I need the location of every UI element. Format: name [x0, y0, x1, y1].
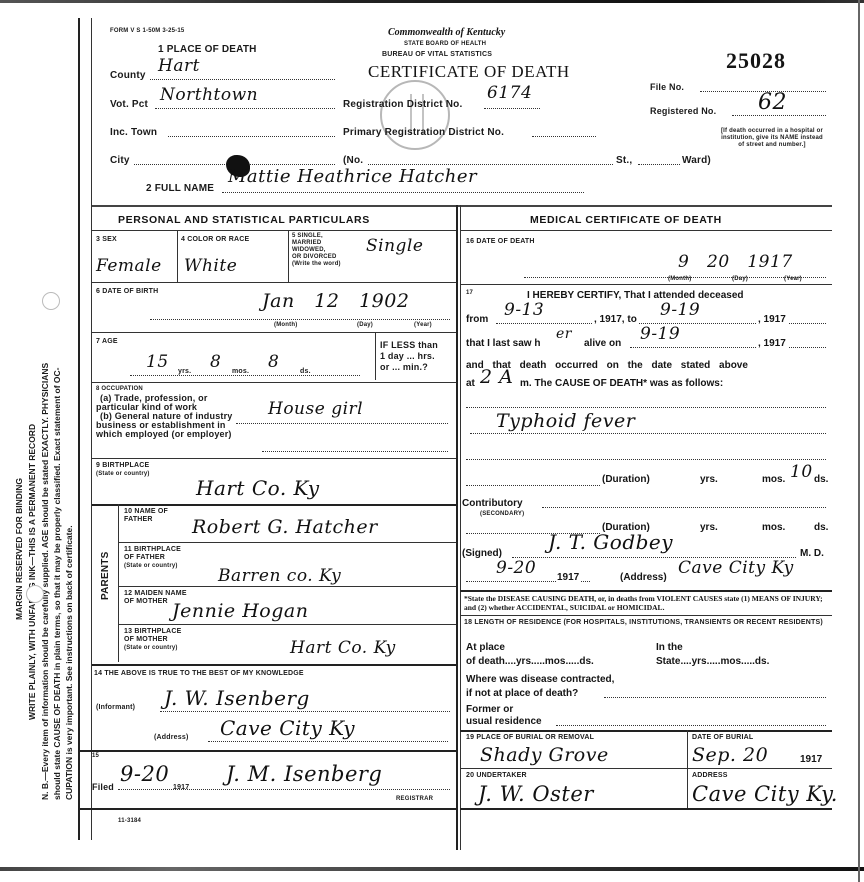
attended-from-year: , 1917, to	[592, 314, 639, 325]
former-residence-label-1: Former or	[466, 704, 513, 715]
death-time-value: 2 A	[480, 366, 513, 388]
informant-address-value: Cave City Ky	[220, 716, 355, 740]
inc-town-label: Inc. Town	[110, 127, 157, 138]
father-birthplace-label: 11 BIRTHPLACE OF FATHER (State or countr…	[124, 546, 181, 570]
certify-number: 17	[466, 290, 473, 296]
registration-district-value: 6174	[487, 83, 532, 103]
of-death-label: of death....yrs.....mos.....ds.	[466, 656, 594, 667]
file-number-stamp: 25028	[726, 48, 786, 74]
date-of-death-label: 16 DATE OF DEATH	[466, 238, 535, 245]
duration2-yrs-label: yrs.	[700, 522, 718, 533]
age-months-value: 8	[210, 352, 221, 372]
mother-name-value: Jennie Hogan	[172, 600, 308, 622]
dod-day-sub: (Day)	[732, 276, 748, 282]
margin-write-plainly: WRITE PLAINLY, WITH UNFADING INK—THIS IS…	[27, 424, 37, 720]
rule-form-bottom	[460, 808, 832, 810]
registration-district-label: Registration District No.	[343, 99, 462, 110]
rule-dob-top	[92, 282, 456, 283]
filed-date-value: 9-20	[120, 762, 169, 786]
rule-mother-bp	[118, 624, 456, 625]
age-mos-label: mos.	[232, 368, 249, 375]
registered-no-label: Registered No.	[650, 106, 716, 116]
physician-address-label: (Address)	[620, 572, 667, 583]
form-inner-border	[91, 18, 92, 840]
duration2-ds-label: ds.	[814, 522, 828, 533]
dod-year-sub: (Year)	[784, 276, 802, 282]
punch-hole-top	[42, 292, 60, 310]
attended-from-value: 9-13	[504, 300, 544, 320]
state-board-label: STATE BOARD OF HEALTH	[404, 41, 486, 47]
full-name-label: 2 FULL NAME	[146, 183, 214, 194]
informant-value: J. W. Isenberg	[164, 686, 310, 710]
contributory-line	[542, 500, 826, 508]
duration-yrs-label: yrs.	[700, 474, 718, 485]
date-of-death-value: 9 20 1917	[678, 252, 793, 272]
informant-address-label: (Address)	[154, 734, 188, 741]
father-name-value: Robert G. Hatcher	[192, 516, 378, 538]
cause-line-1	[466, 402, 826, 408]
full-name-value: Mattie Heathrice Hatcher	[228, 166, 477, 187]
sex-value: Female	[96, 256, 162, 276]
age-years-value: 15	[146, 352, 169, 372]
rule-center-2	[460, 205, 461, 850]
father-birthplace-value: Barren co. Ky	[218, 566, 341, 586]
dob-year-sub: (Year)	[414, 322, 432, 328]
physician-signature: J. T. Godbey	[548, 530, 673, 554]
marital-label: 5 SINGLE, MARRIED WIDOWED, OR DIVORCED (…	[292, 233, 341, 268]
inc-town-line	[168, 127, 335, 137]
dob-value: Jan 12 1902	[262, 290, 409, 312]
color-label: 4 COLOR OR RACE	[181, 236, 249, 243]
rule-informant-top	[92, 664, 456, 666]
vot-pct-value: Northtown	[160, 85, 258, 105]
margin-instructions-3: CUPATION is very important. See instruct…	[64, 525, 74, 800]
registrar-label: REGISTRAR	[396, 796, 433, 802]
duration-lead-line	[466, 480, 600, 486]
dob-day-sub: (Day)	[357, 322, 373, 328]
last-saw-pronoun: er	[556, 326, 572, 342]
burial-place-label: 19 PLACE OF BURIAL OR REMOVAL	[466, 734, 594, 741]
last-saw-label: that I last saw h	[466, 338, 540, 349]
filed-number: 15	[92, 753, 99, 759]
occupation-label: 8 OCCUPATION (a) Trade, profession, or p…	[96, 385, 233, 439]
hospital-note: [If death occurred in a hospital or inst…	[718, 128, 826, 149]
filed-year: 1917	[173, 784, 189, 791]
duration2-mos-label: mos.	[762, 522, 785, 533]
commonwealth-title: Commonwealth of Kentucky	[388, 27, 505, 38]
primary-registration-line	[532, 127, 596, 137]
informant-heading: 14 THE ABOVE IS TRUE TO THE BEST OF MY K…	[94, 670, 304, 677]
rule-burial-col	[687, 730, 688, 810]
rule-filed-top	[80, 750, 456, 752]
age-label: 7 AGE	[96, 338, 118, 345]
margin-instructions-2: should state CAUSE OF DEATH in plain ter…	[52, 368, 62, 801]
ward-label: Ward)	[682, 155, 711, 166]
filed-label: Filed	[92, 782, 114, 792]
duration-ds-label: ds.	[814, 474, 828, 485]
rule-center	[456, 205, 458, 850]
occupation-value: House girl	[268, 399, 363, 419]
dob-label: 6 DATE OF BIRTH	[96, 288, 158, 295]
contracted-label-2: if not at place of death?	[466, 688, 578, 699]
rule-mother-name	[118, 586, 456, 587]
undertaker-address-label: ADDRESS	[692, 772, 728, 779]
rule-age-iflss	[375, 332, 376, 380]
dob-month-sub: (Month)	[274, 322, 297, 328]
rule-occupation-top	[92, 382, 456, 383]
bureau-label: BUREAU OF VITAL STATISTICS	[382, 51, 492, 58]
mother-birthplace-label: 13 BIRTHPLACE OF MOTHER (State or countr…	[124, 628, 181, 652]
mother-birthplace-value: Hart Co. Ky	[290, 638, 396, 658]
rule-birthplace-top	[92, 458, 456, 459]
burial-date-year: 1917	[800, 754, 822, 765]
birthplace-label: 9 BIRTHPLACE (State or country)	[96, 462, 150, 478]
undertaker-label: 20 UNDERTAKER	[466, 772, 527, 779]
rule-filed-bottom	[80, 808, 456, 810]
former-residence-line	[556, 718, 826, 726]
street-no-line	[368, 155, 613, 165]
margin-instructions-1: N. B.—Every item of information should b…	[40, 363, 50, 800]
registered-no-value: 62	[758, 90, 787, 115]
cause-footnote: *State the DISEASE CAUSING DEATH, or, in…	[464, 594, 830, 612]
birthplace-value: Hart Co. Ky	[196, 476, 320, 500]
cause-line-3	[466, 454, 826, 460]
duration-mos-label: mos.	[762, 474, 785, 485]
parents-label: PARENTS	[100, 552, 111, 600]
rule-main-top	[92, 205, 832, 207]
form-left-border	[78, 18, 80, 840]
city-label: City	[110, 155, 130, 166]
informant-label: (Informant)	[96, 704, 135, 711]
burial-place-value: Shady Grove	[480, 744, 609, 766]
in-the-label: In the	[656, 642, 683, 653]
alive-on-year: , 1917	[756, 338, 788, 349]
rule-certify-top	[460, 284, 832, 285]
sex-label: 3 SEX	[96, 236, 117, 243]
street-no-label: (No.	[343, 155, 363, 166]
cause-of-death-value: Typhoid fever	[496, 410, 635, 432]
signed-date-value: 9-20	[496, 558, 536, 578]
rule-residence-top	[460, 615, 832, 616]
cause-of-death-intro: m. The CAUSE OF DEATH* was as follows:	[520, 378, 723, 389]
rule-undertaker-top	[460, 768, 832, 769]
undertaker-value: J. W. Oster	[478, 782, 594, 806]
dod-month-sub: (Month)	[668, 276, 691, 282]
primary-registration-label: Primary Registration District No.	[343, 127, 504, 138]
contracted-label-1: Where was disease contracted,	[466, 674, 614, 685]
occupation-b-line	[262, 444, 448, 452]
rule-age-top	[92, 332, 456, 333]
death-time-at-label: at	[466, 378, 475, 389]
secondary-label: (SECONDARY)	[480, 511, 524, 517]
margin-binding-note: MARGIN RESERVED FOR BINDING	[14, 478, 24, 620]
md-label: M. D.	[800, 548, 824, 559]
age-ds-label: ds.	[300, 368, 311, 375]
county-label: County	[110, 70, 146, 81]
file-no-label: File No.	[650, 82, 684, 92]
burial-date-label: DATE OF BURIAL	[692, 734, 753, 741]
former-residence-label-2: usual residence	[466, 716, 542, 727]
rule-color-marital	[288, 230, 289, 282]
contracted-line	[604, 690, 826, 698]
marital-value: Single	[366, 236, 423, 256]
alive-on-label: alive on	[584, 338, 621, 349]
rule-footnote-top	[460, 590, 832, 592]
rule-burial-top	[460, 730, 832, 732]
personal-heading: PERSONAL AND STATISTICAL PARTICULARS	[118, 214, 370, 226]
duration-label: (Duration)	[602, 474, 650, 485]
attended-to-value: 9-19	[660, 300, 700, 320]
contributory-label: Contributory	[462, 498, 523, 509]
punch-hole-bottom	[26, 585, 44, 603]
rule-sex-color	[177, 230, 178, 282]
street-st-label: St.,	[616, 155, 632, 166]
attended-to-year: , 1917	[756, 314, 788, 325]
physician-address-value: Cave City Ky	[678, 558, 794, 578]
place-of-death-heading: 1 PLACE OF DEATH	[158, 44, 257, 55]
certificate-title: CERTIFICATE OF DEATH	[368, 62, 570, 82]
in-state-label: State....yrs.....mos.....ds.	[656, 656, 769, 667]
rule-father-bp	[118, 542, 456, 543]
certify-line-1: I HEREBY CERTIFY, That I attended deceas…	[527, 290, 744, 301]
registrar-signature: J. M. Isenberg	[226, 762, 382, 786]
rule-parents-col	[118, 504, 119, 662]
print-code: 11-3184	[118, 818, 141, 824]
color-value: White	[184, 256, 237, 276]
rule-personal-head	[92, 230, 456, 231]
rule-medical-head	[460, 230, 832, 231]
at-place-label: At place	[466, 642, 505, 653]
medical-heading: MEDICAL CERTIFICATE OF DEATH	[530, 214, 722, 226]
form-number: FORM V S 1-50M 3-25-15	[110, 28, 184, 34]
age-days-value: 8	[268, 352, 279, 372]
alive-on-value: 9-19	[640, 324, 680, 344]
scan-border-top	[0, 0, 864, 3]
residence-heading: 18 LENGTH OF RESIDENCE (FOR HOSPITALS, I…	[464, 618, 830, 627]
duration-days-value: 10	[790, 462, 813, 482]
seal-stamp	[380, 80, 450, 150]
burial-date-value: Sep. 20	[692, 744, 768, 766]
attended-from-label: from	[466, 314, 488, 325]
ward-line	[638, 155, 680, 165]
county-value: Hart	[158, 56, 200, 76]
signed-date-year: 1917	[556, 572, 580, 583]
if-less-label: IF LESS than 1 day ... hrs. or ... min.?	[380, 340, 438, 373]
rule-parents-top	[92, 504, 456, 506]
father-name-label: 10 NAME OF FATHER	[124, 508, 168, 524]
age-yrs-label: yrs.	[178, 368, 191, 375]
undertaker-address-value: Cave City Ky.	[692, 782, 838, 806]
scan-border-right	[858, 0, 860, 882]
scan-border-bottom	[0, 867, 864, 871]
vot-pct-label: Vot. Pct	[110, 99, 148, 110]
